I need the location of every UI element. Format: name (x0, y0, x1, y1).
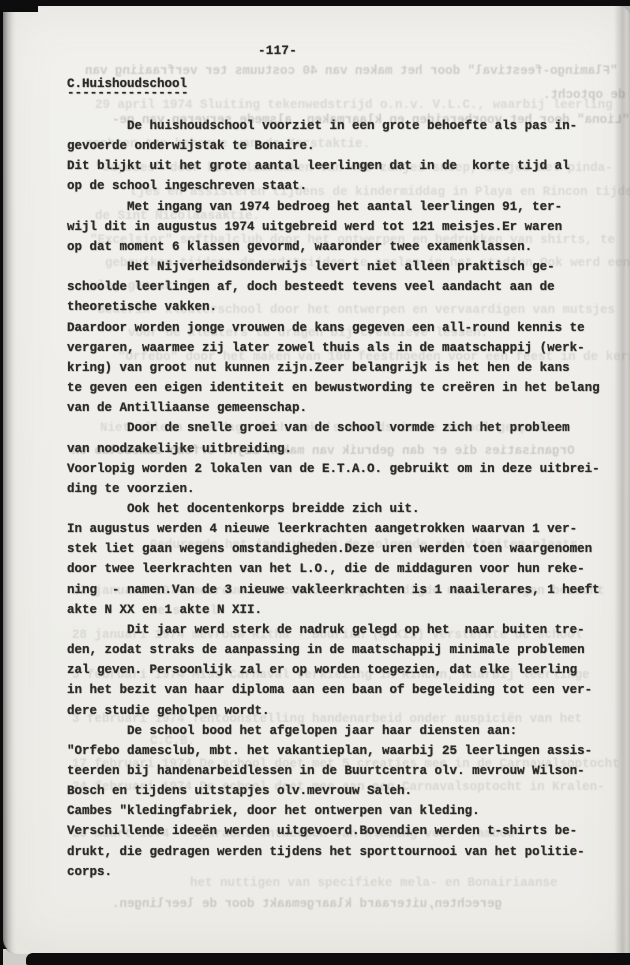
top-edge-bar (0, 0, 630, 6)
scanned-document: "Flamingo-feestival" door het maken van … (0, 0, 630, 965)
page-content: -117- C.Huishoudschool ---------------- … (0, 0, 630, 965)
page-number: -117- (258, 44, 297, 58)
body-text: De huishoudschool voorziet in een grote … (67, 116, 600, 882)
heading-underline: ---------------- (67, 83, 189, 103)
top-left-scan-mark (0, 0, 38, 12)
bottom-edge-bar (26, 953, 630, 965)
